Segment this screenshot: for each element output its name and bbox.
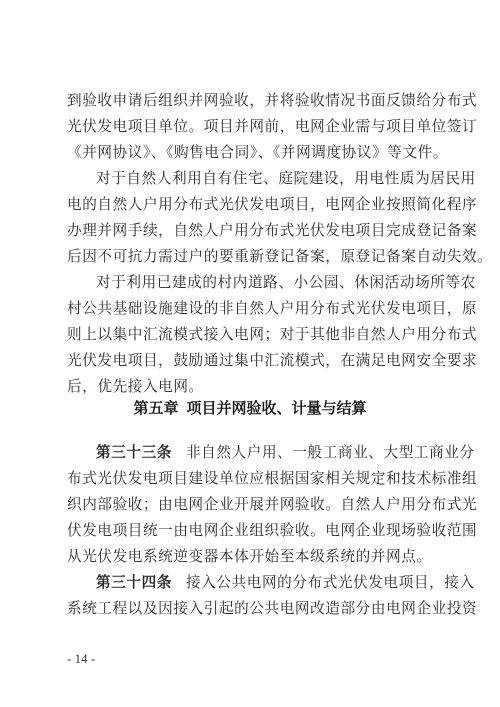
chapter-number: 第五章 xyxy=(133,399,178,417)
paragraph-line: 电的自然人户用分布式光伏发电项目，电网企业按照简化程序 xyxy=(67,192,437,218)
article-line: 从光伏发电系统逆变器本体开始至本级系统的并网点。 xyxy=(67,544,437,570)
paragraph-line: 对于利用已建成的村内道路、小公园、休闲活动场所等农 xyxy=(67,270,437,296)
document-page: 到验收申请后组织并网验收，并将验收情况书面反馈给分布式 光伏发电项目单位。项目并… xyxy=(0,0,500,707)
paragraph-line: 办理并网手续，自然人户用分布式光伏发电项目完成登记备案 xyxy=(67,218,437,244)
article-number: 第三十四条 xyxy=(96,574,172,591)
paragraph-line: 后因不可抗力需过户的要重新登记备案，原登记备案自动失效。 xyxy=(67,244,437,270)
article-line: 织内部验收；由电网企业开展并网验收。自然人户用分布式光 xyxy=(67,492,437,518)
article-text: 非自然人户用、一般工商业、大型工商业分 xyxy=(186,444,475,461)
article-text: 接入公共电网的分布式光伏发电项目，接入 xyxy=(186,574,475,591)
article-first-line: 第三十四条接入公共电网的分布式光伏发电项目，接入 xyxy=(67,570,437,596)
article-line: 系统工程以及因接入引起的公共电网改造部分由电网企业投资 xyxy=(67,596,437,622)
paragraph-line: 光伏发电项目单位。项目并网前，电网企业需与项目单位签订 xyxy=(67,114,437,140)
paragraph-line: 《并网协议》、《购售电合同》、《并网调度协议》等文件。 xyxy=(67,140,437,166)
paragraph-line: 对于自然人利用自有住宅、庭院建设，用电性质为居民用 xyxy=(67,166,437,192)
article-line: 布式光伏发电项目建设单位应根据国家相关规定和技术标准组 xyxy=(67,466,437,492)
article-number: 第三十三条 xyxy=(96,444,172,461)
paragraph-line: 村公共基础设施建设的非自然人户用分布式光伏发电项目，原 xyxy=(67,296,437,322)
paragraph-line: 到验收申请后组织并网验收，并将验收情况书面反馈给分布式 xyxy=(67,88,437,114)
chapter-title: 项目并网验收、计量与结算 xyxy=(187,399,367,417)
article-line: 伏发电项目统一由电网企业组织验收。电网企业现场验收范围 xyxy=(67,518,437,544)
paragraph-line: 则上以集中汇流模式接入电网；对于其他非自然人户用分布式 xyxy=(67,322,437,348)
article-first-line: 第三十三条非自然人户用、一般工商业、大型工商业分 xyxy=(67,440,437,466)
chapter-heading: 第五章项目并网验收、计量与结算 xyxy=(0,396,500,420)
page-number: - 14 - xyxy=(67,651,95,667)
paragraph-line: 光伏发电项目，鼓励通过集中汇流模式，在满足电网安全要求 xyxy=(67,348,437,374)
